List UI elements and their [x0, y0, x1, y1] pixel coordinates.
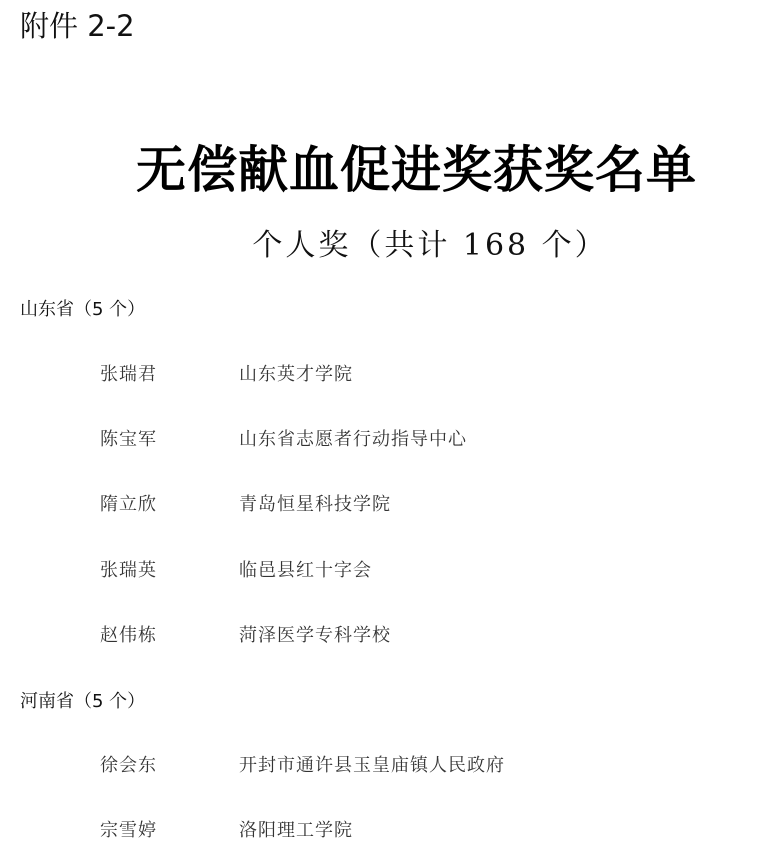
- awardee-organization: 青岛恒星科技学院: [239, 492, 391, 518]
- awardee-organization: 开封市通许县玉皇庙镇人民政府: [239, 753, 505, 779]
- awardee-name: 宗雪婷: [100, 818, 157, 844]
- awardee-name: 张瑞君: [100, 362, 157, 388]
- awardee-name: 赵伟栋: [100, 623, 157, 649]
- awardee-name: 陈宝军: [100, 427, 157, 453]
- awardee-name: 隋立欣: [100, 492, 157, 518]
- awardee-name: 徐会东: [100, 753, 157, 779]
- list-item: 张瑞英 临邑县红十字会: [0, 558, 778, 584]
- awardee-organization: 山东省志愿者行动指导中心: [239, 427, 467, 453]
- list-item: 赵伟栋 菏泽医学专科学校: [0, 623, 778, 649]
- province-heading-henan: 河南省（5 个）: [20, 689, 145, 715]
- list-item: 隋立欣 青岛恒星科技学院: [0, 492, 778, 518]
- list-item: 陈宝军 山东省志愿者行动指导中心: [0, 427, 778, 453]
- list-item: 宗雪婷 洛阳理工学院: [0, 818, 778, 844]
- awardee-organization: 临邑县红十字会: [239, 558, 372, 584]
- province-heading-shandong: 山东省（5 个）: [20, 297, 145, 323]
- awardee-name: 张瑞英: [100, 558, 157, 584]
- awardee-organization: 山东英才学院: [239, 362, 353, 388]
- page-subtitle: 个人奖（共计 168 个）: [0, 224, 778, 268]
- attachment-label: 附件 2-2: [20, 6, 135, 46]
- awardee-organization: 洛阳理工学院: [239, 818, 353, 844]
- list-item: 徐会东 开封市通许县玉皇庙镇人民政府: [0, 753, 778, 779]
- list-item: 张瑞君 山东英才学院: [0, 362, 778, 388]
- page-title: 无偿献血促进奖获奖名单: [0, 138, 778, 202]
- awardee-organization: 菏泽医学专科学校: [239, 623, 391, 649]
